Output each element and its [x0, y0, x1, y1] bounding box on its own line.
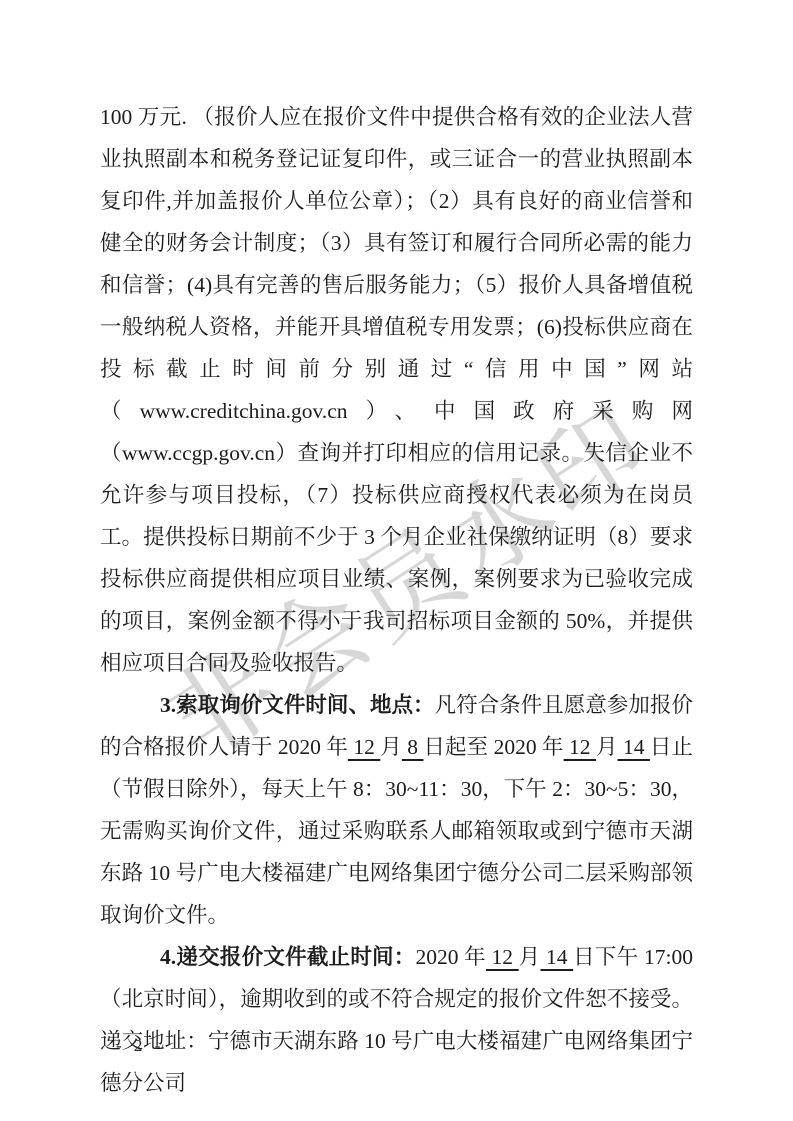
blank-underline-value: 12 — [348, 735, 380, 759]
page-number: - 2 - — [116, 1036, 164, 1056]
section-label: 3.索取询价文件时间、地点： — [160, 693, 435, 717]
text-run: 月 — [380, 735, 402, 759]
text-run: 月 — [519, 945, 541, 969]
blank-underline-value: 12 — [564, 735, 596, 759]
document-body: 100 万元. （报价人应在报价文件中提供合格有效的企业法人营业执照副本和税务登… — [100, 96, 693, 1104]
document-page: 非会员水印 100 万元. （报价人应在报价文件中提供合格有效的企业法人营业执照… — [0, 0, 793, 1121]
text-run: 日止（节假日除外），每天上午 8：30~11：30，下午 2：30~5：30，无… — [100, 735, 693, 927]
text-run: 日起至 2020 年 — [423, 735, 563, 759]
section-label: 4.递交报价文件截止时间： — [160, 945, 416, 969]
blank-underline-value: 14 — [618, 735, 650, 759]
paragraph-qualification-continued: 100 万元. （报价人应在报价文件中提供合格有效的企业法人营业执照副本和税务登… — [100, 96, 693, 684]
text-run: 月 — [596, 735, 618, 759]
blank-underline-value: 8 — [402, 735, 424, 759]
paragraph-section-3-obtain-inquiry-documents: 3.索取询价文件时间、地点：凡符合条件且愿意参加报价的合格报价人请于 2020 … — [100, 684, 693, 936]
text-run: 100 万元. （报价人应在报价文件中提供合格有效的企业法人营业执照副本和税务登… — [100, 105, 693, 675]
blank-underline-value: 12 — [486, 945, 519, 969]
text-run: 2020 年 — [416, 945, 486, 969]
paragraph-section-4-submission-deadline: 4.递交报价文件截止时间：2020 年 12 月 14 日下午 17:00（北京… — [100, 936, 693, 1104]
blank-underline-value: 14 — [540, 945, 573, 969]
